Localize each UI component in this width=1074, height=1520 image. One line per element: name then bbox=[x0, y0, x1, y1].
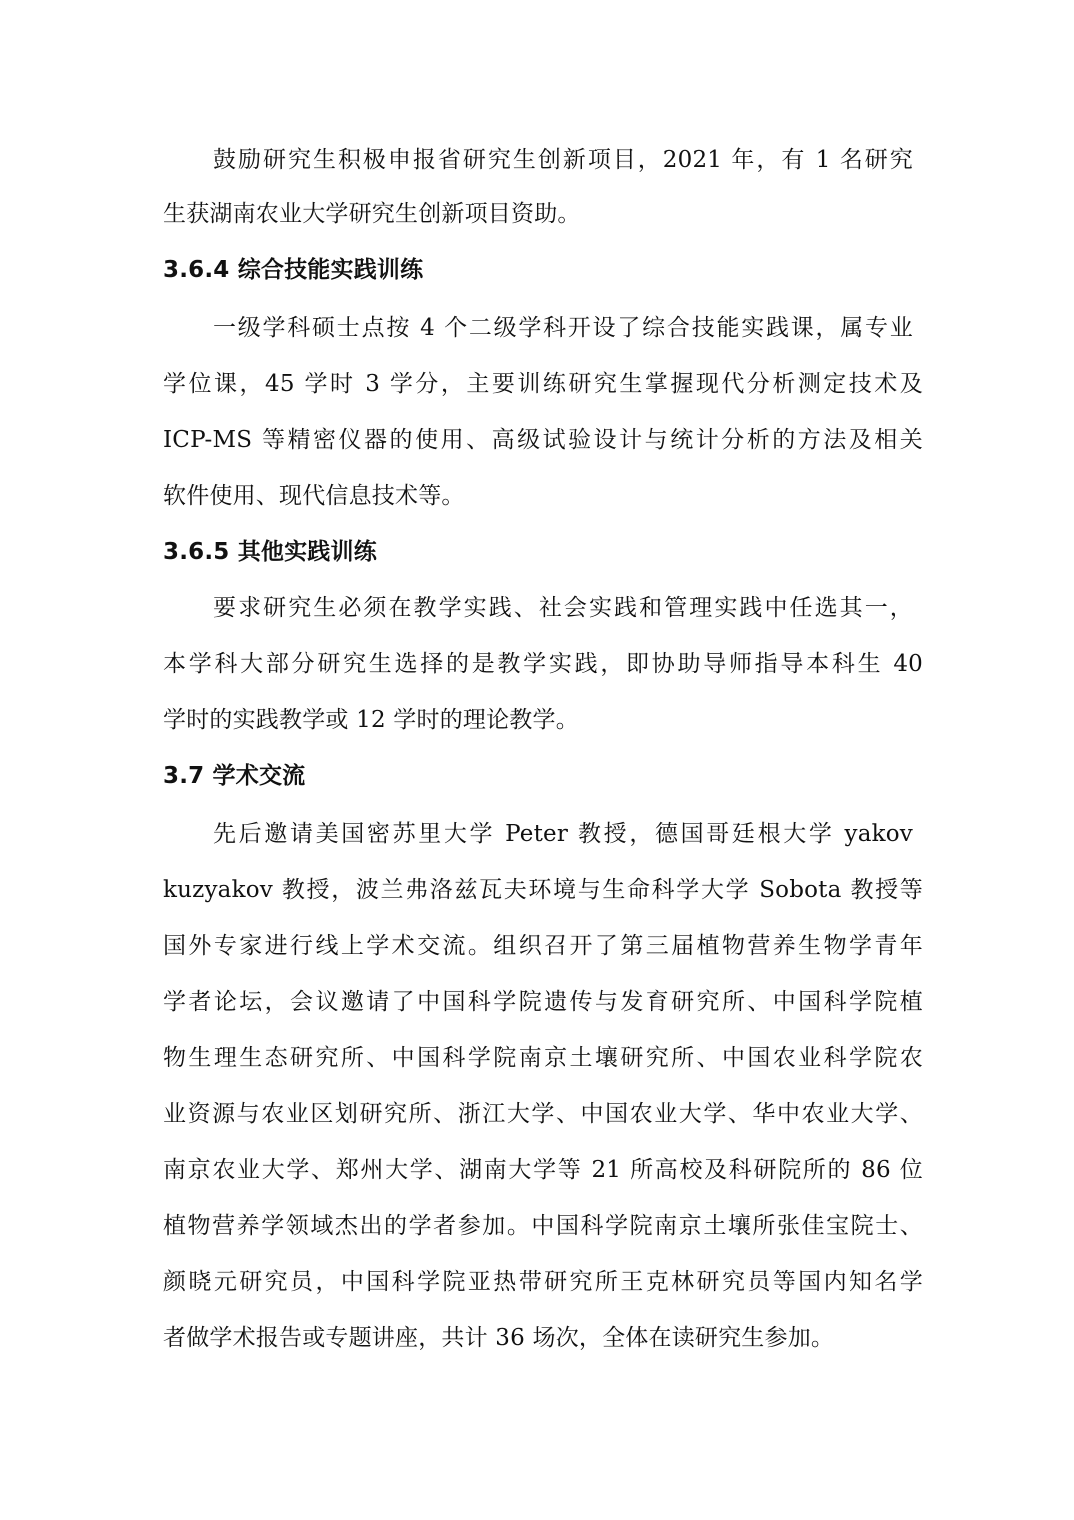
document-page: 鼓励研究生积极申报省研究生创新项目，2021 年，有 1 名研究 生获湖南农业大… bbox=[0, 0, 1074, 1520]
paragraph-line: 生获湖南农业大学研究生创新项目资助。 bbox=[163, 196, 923, 232]
paragraph-line: 国外专家进行线上学术交流。组织召开了第三届植物营养生物学青年 bbox=[163, 928, 923, 964]
paragraph-line: 植物营养学领域杰出的学者参加。中国科学院南京土壤所张佳宝院士、 bbox=[163, 1208, 923, 1244]
paragraph-line: 学者论坛，会议邀请了中国科学院遗传与发育研究所、中国科学院植 bbox=[163, 984, 923, 1020]
paragraph-line: ICP-MS 等精密仪器的使用、高级试验设计与统计分析的方法及相关 bbox=[163, 422, 923, 458]
paragraph-line: 者做学术报告或专题讲座，共计 36 场次，全体在读研究生参加。 bbox=[163, 1320, 923, 1356]
paragraph-line: 业资源与农业区划研究所、浙江大学、中国农业大学、华中农业大学、 bbox=[163, 1096, 923, 1132]
section-heading-3-7: 3.7 学术交流 bbox=[163, 758, 923, 794]
paragraph-line: 学位课，45 学时 3 学分，主要训练研究生掌握现代分析测定技术及 bbox=[163, 366, 923, 402]
section-heading-3-6-5: 3.6.5 其他实践训练 bbox=[163, 534, 923, 570]
paragraph-line: 南京农业大学、郑州大学、湖南大学等 21 所高校及科研院所的 86 位 bbox=[163, 1152, 923, 1188]
paragraph-line: 物生理生态研究所、中国科学院南京土壤研究所、中国农业科学院农 bbox=[163, 1040, 923, 1076]
section-heading-3-6-4: 3.6.4 综合技能实践训练 bbox=[163, 252, 923, 288]
paragraph-line: 一级学科硕士点按 4 个二级学科开设了综合技能实践课，属专业 bbox=[213, 310, 913, 346]
paragraph-line: 本学科大部分研究生选择的是教学实践，即协助导师指导本科生 40 bbox=[163, 646, 923, 682]
paragraph-line: 软件使用、现代信息技术等。 bbox=[163, 478, 923, 514]
paragraph-line: 学时的实践教学或 12 学时的理论教学。 bbox=[163, 702, 923, 738]
paragraph-line: 要求研究生必须在教学实践、社会实践和管理实践中任选其一， bbox=[213, 590, 913, 626]
paragraph-line: kuzyakov 教授，波兰弗洛兹瓦夫环境与生命科学大学 Sobota 教授等 bbox=[163, 872, 923, 908]
paragraph-line: 先后邀请美国密苏里大学 Peter 教授，德国哥廷根大学 yakov bbox=[213, 816, 913, 852]
paragraph-line: 鼓励研究生积极申报省研究生创新项目，2021 年，有 1 名研究 bbox=[213, 142, 913, 178]
paragraph-line: 颜晓元研究员，中国科学院亚热带研究所王克林研究员等国内知名学 bbox=[163, 1264, 923, 1300]
